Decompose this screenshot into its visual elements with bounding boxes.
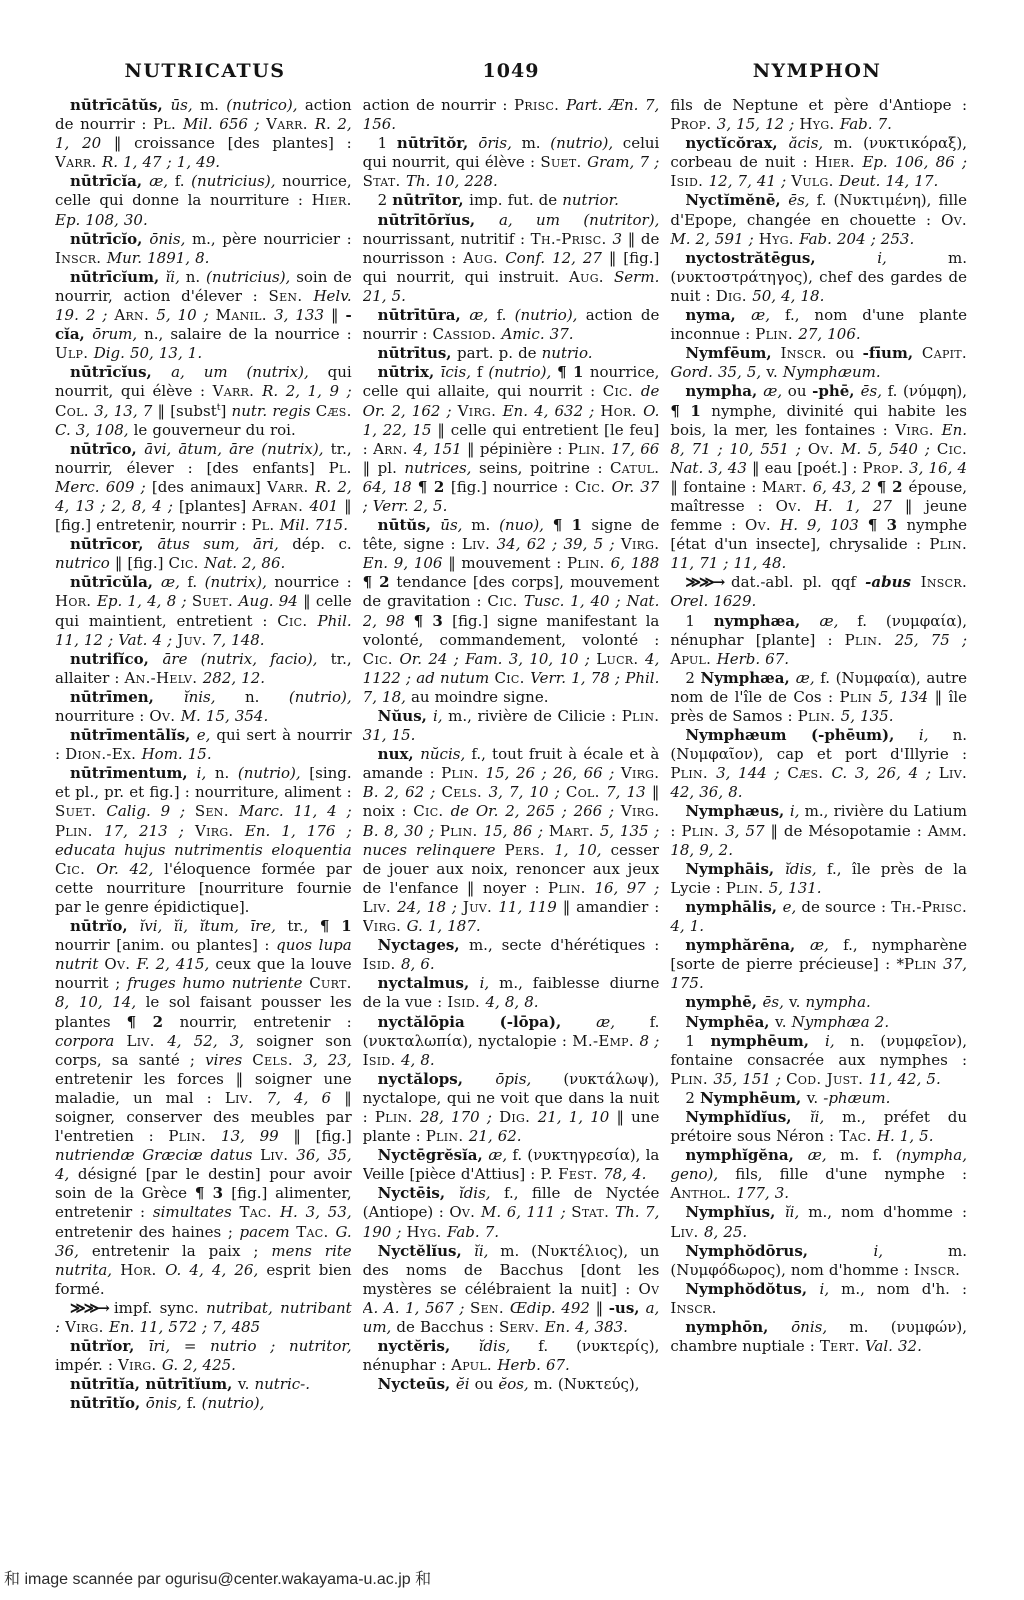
dictionary-page: NUTRICATUS 1049 NYMPHON nūtrīcātŭs, ūs, … (0, 0, 1024, 1600)
headword-or-bold-text: nūtrīcor, (70, 535, 157, 553)
text-run: ĭdis, (459, 1184, 504, 1202)
author-abbreviation: Plin. (168, 1127, 221, 1145)
dictionary-entry: nyctalmus, i, m., faiblesse diurne de la… (363, 974, 660, 1012)
author-abbreviation: Virg. (621, 764, 660, 782)
author-abbreviation: Cic. (487, 592, 523, 610)
headword-or-bold-text: Nymphĭus, (685, 1203, 785, 1221)
text-run: m. (522, 134, 551, 152)
text-run: (nutrio), (238, 764, 309, 782)
headword-or-bold-text: nūtrīmentum, (70, 764, 197, 782)
dictionary-entry: Nymfēum, Inscr. ou -fīum, Capit. Gord. 3… (670, 344, 967, 382)
author-abbreviation: Cic. (169, 554, 205, 572)
author-abbreviation: Cic. (937, 440, 967, 458)
text-run: 1 (685, 612, 713, 630)
text-run: (nutricius), (191, 172, 282, 190)
author-abbreviation: Hyg. (407, 1223, 447, 1241)
dictionary-entry: nūtrīco, āvi, ātum, āre (nutrix), tr., n… (55, 440, 352, 535)
text-run: 21, 62. (469, 1127, 522, 1145)
remark-arrow-icon: ≫≫→ (685, 573, 731, 591)
text-run: 11, 71 ; 11, 48. (670, 554, 786, 572)
author-abbreviation: Curt. (309, 974, 351, 992)
text-run: H. 1, 5. (877, 1127, 934, 1145)
text-run: 6, 43, 2 (813, 478, 877, 496)
headword-or-bold-text: nūtrītōrĭus, (378, 211, 499, 229)
text-run: A. A. 1, 567 ; (363, 1299, 470, 1317)
author-abbreviation: Tert. (820, 1337, 865, 1355)
text-run: 17, 213 ; (104, 822, 195, 840)
text-run: H. 3, 53, (280, 1203, 352, 1221)
text-run: f (477, 363, 488, 381)
author-abbreviation: Virg. (621, 802, 660, 820)
dictionary-entry: nūtrīcĭa, æ, f. (nutricius), nourrice, c… (55, 172, 352, 229)
headword-or-bold-text: Nycteūs, (378, 1375, 456, 1393)
text-run: v. (766, 363, 783, 381)
text-run: 4, 8, 8. (486, 993, 539, 1011)
headword-or-bold-text: Nyctĭmĕnē, (685, 191, 788, 209)
author-abbreviation: Pl. (153, 115, 183, 133)
headword-or-bold-text: nūtrĭo, (70, 917, 139, 935)
text-run: 4, 52, 3, (167, 1032, 256, 1050)
author-abbreviation: Mart. (762, 478, 813, 496)
text-run: entretenir la paix ; (92, 1242, 272, 1260)
author-abbreviation: Sen. (269, 287, 314, 305)
text-run: de Bacchus : (396, 1318, 499, 1336)
text-run: 50, 4, 18. (752, 287, 824, 305)
text-run: En. 11, 572 ; 7, 485 (109, 1318, 260, 1336)
text-run: corpora (55, 1032, 127, 1050)
text-run: ‖ [fig.] (293, 1127, 351, 1145)
text-run: 13, 99 (221, 1127, 293, 1145)
scan-credit-line: 和 image scannée par ogurisu@center.wakay… (4, 1566, 1004, 1589)
headword-or-bold-text: nutrifĭco, (70, 650, 162, 668)
text-run: Dig. 50, 13, 1. (94, 344, 202, 362)
author-abbreviation: Prisc. (514, 96, 566, 114)
headword-or-bold-text: nūtrītŏr, (397, 134, 478, 152)
text-run: n., salaire de la nourrice : (144, 325, 352, 343)
author-abbreviation: Hor. (120, 1261, 165, 1279)
headword-or-bold-text: ¶ 1 (320, 917, 352, 935)
dictionary-entry: Nymphæum (-phēum), i, n. (Νυμφαῖον), cap… (670, 726, 967, 802)
headword-or-bold-text: nūtrītĭo, (70, 1394, 146, 1412)
author-abbreviation: Col. (566, 783, 606, 801)
text-run: ōpis, (495, 1070, 563, 1088)
text-run: C. 3, 26, 4 ; (831, 764, 938, 782)
dictionary-entry: nūtrīcātŭs, ūs, m. (nutrico), action de … (55, 96, 352, 172)
text-run: Merc. 609 ; (55, 478, 152, 496)
text-run: tr., (287, 917, 320, 935)
headword-or-bold-text: nyctĕris, (378, 1337, 479, 1355)
headword-or-bold-text: nymphōn, (685, 1318, 791, 1336)
dictionary-entry: nūtrīcĭo, ōnis, m., père nourricier : In… (55, 230, 352, 268)
text-run: Nat. 3, 43 (670, 459, 752, 477)
header-left-catchword: NUTRICATUS (55, 60, 355, 82)
text-run: R. 2, 1, 9 ; (262, 382, 352, 400)
author-abbreviation: Prop. (670, 115, 716, 133)
author-abbreviation: Ov (639, 1280, 660, 1298)
headword-or-bold-text: nūtrīmentālĭs, (70, 726, 197, 744)
text-run: Gord. 35, 5, (670, 363, 766, 381)
text-run: nŭcis, (420, 745, 471, 763)
text-run: En. 4, 383. (545, 1318, 628, 1336)
text-run: Ep. 1, 4, 8 ; (97, 592, 192, 610)
text-run: 4, 1. (670, 917, 704, 935)
text-run: æ, (488, 1146, 512, 1164)
author-abbreviation: Catul. (610, 459, 659, 477)
text-run: de Or. 2, 265 ; 266 ; (451, 802, 621, 820)
text-run: Or. 42, (96, 860, 164, 878)
text-run: 27, 106. (798, 325, 860, 343)
author-abbreviation: Plin. (622, 707, 660, 725)
author-abbreviation: Plin. (681, 822, 725, 840)
dictionary-entry: nūtrīmentālĭs, e, qui sert à nourrir : D… (55, 726, 352, 764)
text-run: Ep. 106, 86 ; (862, 153, 967, 171)
text-run: nourrir [anim. ou plantes] : (55, 936, 276, 954)
text-run: -abus (865, 573, 920, 591)
author-abbreviation: Plin. (670, 764, 716, 782)
headword-or-bold-text: nūtrītus, (378, 344, 457, 362)
author-abbreviation: Plin. (426, 1127, 469, 1145)
text-run: O. 4, 4, 26, (165, 1261, 266, 1279)
author-abbreviation: Ov. (745, 516, 780, 534)
author-abbreviation: Plin. (375, 1108, 420, 1126)
text-run: simultates (153, 1203, 240, 1221)
text-run: (nutrio), (202, 1394, 265, 1412)
text-run: i, (873, 1242, 948, 1260)
text-run: G. 2, 425. (162, 1356, 236, 1374)
author-abbreviation: Hor. (600, 402, 643, 420)
text-run: īri, (149, 1337, 184, 1355)
dictionary-entry: nyctĕris, ĭdis, f. (νυκτερίς), nénuphar … (363, 1337, 660, 1375)
headword-or-bold-text: nūtrīcĭa, (70, 172, 149, 190)
headword-or-bold-text: ¶ 2 (363, 573, 397, 591)
author-abbreviation: Isid. (447, 993, 485, 1011)
headword-or-bold-text: ¶ 1 (553, 516, 592, 534)
dictionary-entry: 1 nymphæa, æ, f. (νυμφαία), nénuphar [pl… (670, 612, 967, 669)
text-run: æ, (810, 936, 843, 954)
text-run: 5, 10 ; (156, 306, 215, 324)
author-abbreviation: Ov. (104, 955, 136, 973)
author-abbreviation: Plin. (568, 440, 611, 458)
dictionary-entry: Nymphæus, i, m., rivière du Latium : Pli… (670, 802, 967, 859)
text-run: i, (820, 1280, 842, 1298)
text-run: Marc. 11, 4 ; (239, 802, 352, 820)
dictionary-entry: nūtrĭor, īri, = nutrio ; nutritor, impér… (55, 1337, 352, 1375)
text-run: M. 5, 540 ; (841, 440, 937, 458)
author-abbreviation: Plin. (798, 707, 841, 725)
dictionary-entry: Nymphēa, v. Nymphæa 2. (670, 1013, 967, 1032)
dictionary-entry: nūtrix, īcis, f (nutrio), ¶ 1 nourrice, … (363, 363, 660, 516)
text-run: Herb. 67. (497, 1356, 569, 1374)
text-run: 2 (685, 669, 700, 687)
dictionary-entry: Nŭus, i, m., rivière de Cilicie : Plin. … (363, 707, 660, 745)
headword-or-bold-text: nūtrīmen, (70, 688, 184, 706)
author-abbreviation: Apul. (670, 650, 716, 668)
text-run: B. 8, 30 ; (363, 822, 440, 840)
text-run: M. 6, 111 ; (481, 1203, 571, 1221)
text-run: fils, fille d'une nymphe : (735, 1165, 967, 1183)
text-run: Œdip. 492 (510, 1299, 596, 1317)
headword-or-bold-text: Nymphāis, (685, 860, 785, 878)
text-run: ou (788, 382, 812, 400)
text-run: pacem (240, 1223, 297, 1241)
author-abbreviation: Afran. (252, 497, 309, 515)
headword-or-bold-text: nymphæa, (714, 612, 820, 630)
text-run: n. (245, 688, 289, 706)
author-abbreviation: Sen. (470, 1299, 510, 1317)
author-abbreviation: Cels. (442, 783, 489, 801)
author-abbreviation: Plin. (440, 822, 484, 840)
text-run: f. (187, 573, 204, 591)
author-abbreviation: Inscr. (670, 1299, 716, 1317)
headword-or-bold-text: Nyctages, (378, 936, 469, 954)
text-run: i, (919, 726, 953, 744)
author-abbreviation: Serv. (499, 1318, 545, 1336)
headword-or-bold-text: nūtrītūra, (378, 306, 470, 324)
author-abbreviation: Cic. (413, 802, 450, 820)
text-run: nourrissant, nutritif : (363, 230, 531, 248)
text-run: 3, 23, (303, 1051, 351, 1069)
text-run: 15, 86 ; (484, 822, 549, 840)
text-run: impf. sync. (114, 1299, 206, 1317)
author-abbreviation: Dig. (499, 1108, 538, 1126)
author-abbreviation: Ov. (149, 707, 180, 725)
text-run: de source : (801, 898, 891, 916)
author-abbreviation: Liv. (260, 1146, 296, 1164)
author-abbreviation: Aug. (569, 268, 614, 286)
dictionary-entry: nūtrīcĭus, a, um (nutrix), qui nourrit, … (55, 363, 352, 439)
headword-or-bold-text: nymphărēna, (685, 936, 810, 954)
text-run: 4, 8. (401, 1051, 435, 1069)
dictionary-entry: nūtŭs, ūs, m. (nuo), ¶ 1 signe de tête, … (363, 516, 660, 707)
headword-or-bold-text: Nymphæus, (685, 802, 790, 820)
text-run: æ, (796, 669, 820, 687)
text-run: [fig.] nourrice : (451, 478, 575, 496)
text-run: au moindre signe. (411, 688, 549, 706)
headword-or-bold-text: nympha, (685, 382, 763, 400)
author-abbreviation: Cæs. (787, 764, 831, 782)
running-head: NUTRICATUS 1049 NYMPHON (55, 60, 967, 82)
text-run: nourrice : (274, 573, 351, 591)
text-run: Conf. 12, 27 (505, 249, 609, 267)
text-run: ĭi, (785, 1203, 808, 1221)
text-run: īcis, (441, 363, 477, 381)
text-run: 3, 133 (274, 306, 331, 324)
text-run: ‖ pépinière : (467, 440, 568, 458)
text-run: 31, 15. (363, 726, 416, 744)
author-abbreviation: Tac. (839, 1127, 877, 1145)
headword-or-bold-text: Nymphæum (-phēum), (685, 726, 919, 744)
text-run: f. (175, 172, 191, 190)
dictionary-entry: 2 nūtrītor, imp. fut. de nutrior. (363, 191, 660, 210)
text-run: M. 15, 354. (181, 707, 269, 725)
text-run: 78, 4. (603, 1165, 646, 1183)
text-run: ăcis, (789, 134, 834, 152)
text-run: ōnis, (146, 1394, 187, 1412)
dictionary-entry: nyctĭcŏrax, ăcis, m. (νυκτικόραξ), corbe… (670, 134, 967, 191)
text-run: (nutrico), (226, 96, 305, 114)
headword-or-bold-text: Nymphēum, (700, 1089, 807, 1107)
text-run: ĭi, (474, 1242, 500, 1260)
text-run: ōrum, (92, 325, 144, 343)
author-abbreviation: Plin (904, 955, 943, 973)
author-abbreviation: Hier. (815, 153, 863, 171)
text-run: n. (215, 764, 238, 782)
text-run: 3, 16, 4 (909, 459, 967, 477)
author-abbreviation: Cic. (575, 478, 612, 496)
author-abbreviation: Hier. (312, 191, 352, 209)
dictionary-entry: nyctostrătēgus, i, m. (νυκτοστράτηγος), … (670, 249, 967, 306)
text-run: m. (471, 516, 499, 534)
text-run: 24, 18 ; (397, 898, 463, 916)
author-abbreviation: Cic. (603, 382, 641, 400)
dictionary-entry: nūtrītĭo, ōnis, f. (nutrio), (55, 1394, 352, 1413)
dictionary-entry: Nyctĭmĕnē, ēs, f. (Νυκτιμένη), fille d'E… (670, 191, 967, 248)
text-run: action de nourrir : (363, 96, 514, 114)
text-run: B. 2, 62 ; (363, 783, 442, 801)
headword-or-bold-text: nūtrītor, (392, 191, 469, 209)
text-run: imp. fut. de (469, 191, 562, 209)
text-run: fils de Neptune et père d'Antiope : (670, 96, 967, 114)
author-abbreviation: Suet. (540, 153, 587, 171)
author-abbreviation: Liv. (939, 764, 967, 782)
author-abbreviation: Amm. (928, 822, 967, 840)
text-run: f. (497, 306, 515, 324)
text-run: ou (475, 1375, 499, 1393)
headword-or-bold-text: nymphēum, (711, 1032, 826, 1050)
text-run: 7, 4, 6 (267, 1089, 345, 1107)
text-run: Nat. 2, 86. (204, 554, 285, 572)
text-run: 1 (685, 1032, 710, 1050)
text-run: i, (197, 764, 215, 782)
headword-or-bold-text: -fīum, (863, 344, 922, 362)
headword-or-bold-text: nyma, (685, 306, 751, 324)
headword-or-bold-text: nyctĭcŏrax, (685, 134, 788, 152)
text-run: entretenir des haines ; (55, 1223, 240, 1241)
text-run: ‖ fontaine : (670, 478, 761, 496)
text-run: 282, 12. (203, 669, 265, 687)
text-run: 7, 13 (606, 783, 652, 801)
author-abbreviation: Liv. (225, 1089, 267, 1107)
headword-or-bold-text: Nymfēum, (685, 344, 780, 362)
dictionary-entry: nūtrīmen, ĭnis, n. (nutrio), nourriture … (55, 688, 352, 726)
text-run: ‖ [subst (158, 402, 217, 420)
text-run: impér. : (55, 1356, 118, 1374)
headword-or-bold-text: ¶ 1 (557, 363, 590, 381)
headword-or-bold-text: Nymphæa, (700, 669, 795, 687)
author-abbreviation: Mart. (549, 822, 600, 840)
text-run: 8 ; (639, 1032, 659, 1050)
author-abbreviation: Virg. (65, 1318, 109, 1336)
text-run: 3 (612, 230, 627, 248)
text-run: [des animaux] (152, 478, 267, 496)
author-abbreviation: Virg. (363, 917, 407, 935)
text-run: H. 9, 103 (780, 516, 868, 534)
dictionary-entry: Nycteūs, ĕi ou ĕos, m. (Νυκτεύς), (363, 1375, 660, 1394)
text-run: ĕi (456, 1375, 475, 1393)
headword-or-bold-text: -phē, (812, 382, 860, 400)
text-run: En. 4, 632 ; (503, 402, 601, 420)
text-run: Deut. 14, 17. (839, 172, 938, 190)
text-run: æ, (161, 573, 187, 591)
headword-or-bold-text: ¶ 2 (127, 1013, 180, 1031)
author-abbreviation: Cic. (363, 650, 400, 668)
headword-or-bold-text: Nymphĭdĭus, (685, 1108, 810, 1126)
text-run: nutrico (55, 554, 115, 572)
text-run: M. 2, 591 ; (670, 230, 758, 248)
text-run: 11, 119 (498, 898, 562, 916)
headword-or-bold-text: nyctalmus, (378, 974, 480, 992)
text-run: m., rivière de Cilicie : (448, 707, 622, 725)
text-run: ātus sum, āri, (157, 535, 292, 553)
dictionary-entry: nyctălōpia (-lōpa), æ, f. (νυκταλωπία), … (363, 1013, 660, 1070)
author-abbreviation: Tac. (296, 1223, 335, 1241)
text-run: (nutrix), (205, 573, 275, 591)
text-run: nympha. (805, 993, 870, 1011)
text-run: m., père nourricier : (192, 230, 352, 248)
text-run: ōnis, (791, 1318, 849, 1336)
text-run: nutrio ; nutritor, (210, 1337, 352, 1355)
text-run: 18, 9, 2. (670, 841, 733, 859)
dictionary-entry: Nyctages, m., secte d'hérétiques : Isid.… (363, 936, 660, 974)
text-run: 5, 135. (841, 707, 894, 725)
author-abbreviation: Aug. (463, 249, 505, 267)
text-run: Fab. 7. (447, 1223, 499, 1241)
text-run: 3, 15, 12 ; (717, 115, 800, 133)
author-abbreviation: Plin. (548, 879, 594, 897)
dictionary-entry: Nymphĭus, ĭi, m., nom d'homme : Liv. 8, … (670, 1203, 967, 1241)
text-run: āre (nutrix, facio), (162, 650, 330, 668)
text-run: En. 9, 106 (363, 554, 449, 572)
author-abbreviation: Varr. (266, 115, 315, 133)
author-abbreviation: Sen. (195, 802, 239, 820)
dictionary-entry: nyctălops, ōpis, (νυκτάλωψ), nyctalope, … (363, 1070, 660, 1146)
text-run: nutrio. (542, 344, 593, 362)
author-abbreviation: Inscr. (914, 1261, 960, 1279)
text-run: 34, 62 ; 39, 5 ; (497, 535, 621, 553)
text-run: 42, 36, 8. (670, 783, 742, 801)
text-run: ēs, (788, 191, 816, 209)
text-run: Aug. 94 (239, 592, 304, 610)
dictionary-entry: nūtrītĭa, nūtrītĭum, v. nutric-. (55, 1375, 352, 1394)
author-abbreviation: Varr. (55, 153, 102, 171)
author-abbreviation: Virg. (895, 421, 941, 439)
author-abbreviation: Stat. (571, 1203, 615, 1221)
author-abbreviation: Hyg. (799, 115, 839, 133)
author-abbreviation: Cic. (494, 669, 530, 687)
text-run: v. (789, 993, 806, 1011)
text-run: ĭi, (165, 268, 185, 286)
text-run: ] (221, 402, 232, 420)
author-abbreviation: Pl. (329, 459, 352, 477)
text-run: i, (790, 802, 805, 820)
text-run: e, (783, 898, 802, 916)
author-abbreviation: Plin. (929, 535, 967, 553)
text-run: (nutrio), (515, 306, 586, 324)
text-run: Val. 32. (865, 1337, 922, 1355)
author-abbreviation: Virg. (195, 822, 245, 840)
author-abbreviation: Apul. (451, 1356, 497, 1374)
text-run: (nutricius), (206, 268, 296, 286)
author-abbreviation: Isid. (363, 955, 401, 973)
author-abbreviation: Inscr. (921, 573, 967, 591)
dictionary-entry: nymphālis, e, de source : Th.-Prisc. 4, … (670, 898, 967, 936)
dictionary-entry: Nymphŏdŏtus, i, m., nom d'h. : Inscr. (670, 1280, 967, 1318)
text-run: ‖ pl. (363, 459, 405, 477)
author-abbreviation: Ulp. (55, 344, 94, 362)
headword-or-bold-text: nūtrīco, (70, 440, 144, 458)
text-run: Hom. 15. (142, 745, 212, 763)
text-run: dép. c. (292, 535, 351, 553)
